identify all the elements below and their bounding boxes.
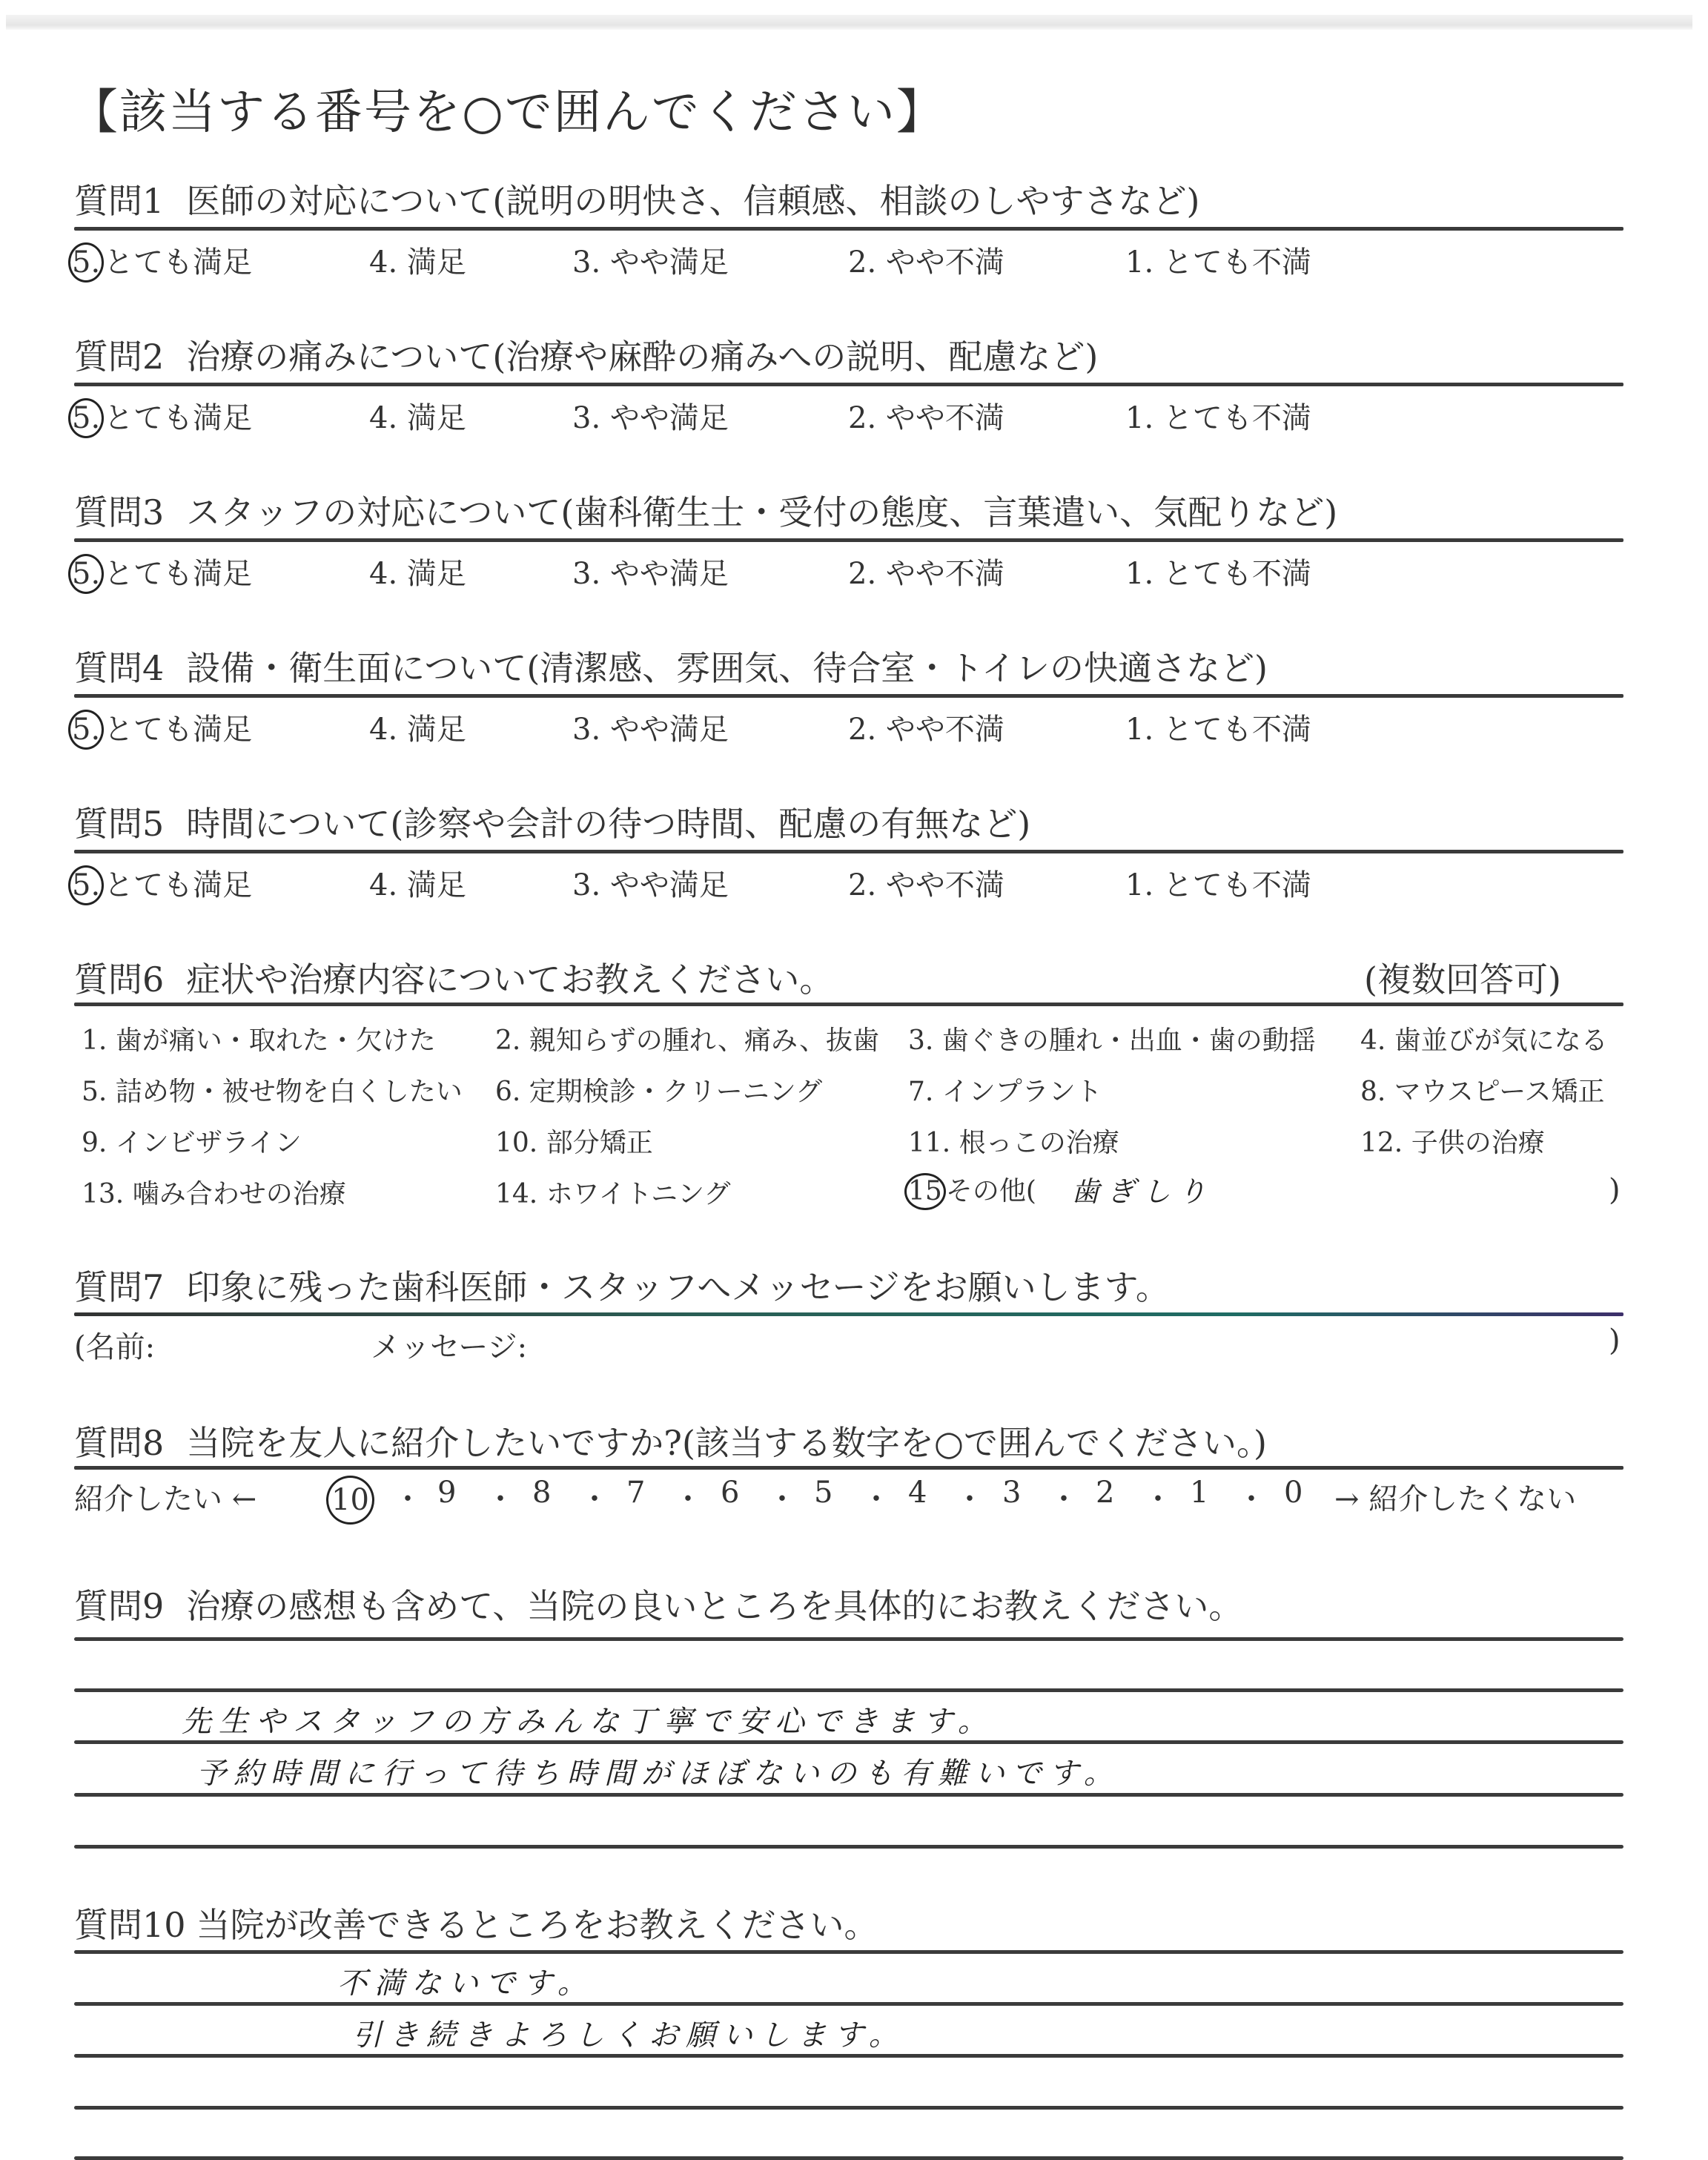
rating-option-3[interactable]: 3. やや満足 bbox=[572, 706, 729, 748]
rating-option-5[interactable]: 5.とても満足 bbox=[68, 550, 252, 594]
symptom-option-7[interactable]: 7. インプラント bbox=[908, 1071, 1102, 1109]
answer-line bbox=[74, 1950, 1623, 1954]
question-5: 質問5時間について(診察や会計の待つ時間、配慮の有無など) bbox=[74, 797, 1030, 846]
divider bbox=[74, 1466, 1623, 1470]
separator: ・ bbox=[767, 1476, 797, 1518]
rating-option-4[interactable]: 4. 満足 bbox=[369, 550, 466, 592]
rating-option-4[interactable]: 4. 満足 bbox=[369, 862, 466, 904]
rating-option-1[interactable]: 1. とても不満 bbox=[1125, 862, 1311, 904]
scale-right-label: → 紹介したくない bbox=[1334, 1476, 1576, 1518]
question-text: 印象に残った歯科医師・スタッフへメッセージをお願いします。 bbox=[186, 1267, 1170, 1307]
scale-option-4[interactable]: 4 bbox=[908, 1476, 927, 1510]
q9-answer-line-2[interactable]: 予約時間に行って待ち時間がほぼないのも有難いです。 bbox=[196, 1750, 1121, 1792]
question-text: 当院を友人に紹介したいですか?(該当する数字を○で囲んでください。) bbox=[186, 1423, 1267, 1463]
page-title: 【該当する番号を○で囲んでください】 bbox=[70, 74, 945, 142]
question-text: 症状や治療内容についてお教えください。 bbox=[186, 960, 833, 1000]
selected-circle: 15 bbox=[904, 1173, 946, 1210]
question-text: 医師の対応について(説明の明快さ、信頼感、相談のしやすさなど) bbox=[186, 181, 1199, 221]
rating-option-2[interactable]: 2. やや不満 bbox=[848, 394, 1004, 437]
scale-left-label: 紹介したい ← bbox=[74, 1476, 256, 1518]
rating-option-3[interactable]: 3. やや満足 bbox=[572, 394, 729, 437]
separator: ・ bbox=[1237, 1476, 1266, 1518]
divider bbox=[74, 850, 1623, 853]
rating-option-2[interactable]: 2. やや不満 bbox=[848, 862, 1004, 904]
scan-edge bbox=[6, 15, 1692, 30]
separator: ・ bbox=[673, 1476, 703, 1518]
question-number: 質問2 bbox=[74, 337, 164, 377]
question-4: 質問4設備・衛生面について(清潔感、雰囲気、待合室・トイレの快適さなど) bbox=[74, 641, 1268, 690]
rating-option-3[interactable]: 3. やや満足 bbox=[572, 862, 729, 904]
divider bbox=[74, 227, 1623, 231]
symptom-option-12[interactable]: 12. 子供の治療 bbox=[1360, 1122, 1545, 1160]
symptom-option-6[interactable]: 6. 定期検診・クリーニング bbox=[495, 1071, 822, 1109]
name-label: (名前: bbox=[74, 1324, 155, 1366]
separator: ・ bbox=[861, 1476, 891, 1518]
symptom-option-4[interactable]: 4. 歯並びが気になる bbox=[1360, 1020, 1608, 1057]
selected-circle: 5. bbox=[68, 865, 104, 905]
separator: ・ bbox=[1143, 1476, 1173, 1518]
question-2: 質問2治療の痛みについて(治療や麻酔の痛みへの説明、配慮など) bbox=[74, 330, 1098, 379]
question-number: 質問9 bbox=[74, 1586, 164, 1626]
divider bbox=[74, 694, 1623, 698]
question-number: 質問7 bbox=[74, 1267, 164, 1307]
question-number: 質問1 bbox=[74, 181, 164, 221]
rating-option-2[interactable]: 2. やや不満 bbox=[848, 706, 1004, 748]
scale-option-7[interactable]: 7 bbox=[626, 1476, 645, 1510]
answer-line bbox=[74, 1845, 1623, 1849]
scale-option-9[interactable]: 9 bbox=[437, 1476, 456, 1510]
selected-circle: 10 bbox=[326, 1476, 374, 1525]
question-9: 質問9治療の感想も含めて、当院の良いところを具体的にお教えください。 bbox=[74, 1579, 1242, 1628]
question-8: 質問8当院を友人に紹介したいですか?(該当する数字を○で囲んでください。) bbox=[74, 1416, 1267, 1465]
symptom-option-10[interactable]: 10. 部分矯正 bbox=[495, 1122, 653, 1160]
symptom-option-15-other[interactable]: 15その他( bbox=[904, 1170, 1036, 1210]
symptom-option-14[interactable]: 14. ホワイトニング bbox=[495, 1173, 730, 1211]
rating-option-3[interactable]: 3. やや満足 bbox=[572, 239, 729, 281]
message-close-paren: ) bbox=[1609, 1324, 1621, 1358]
question-1: 質問1医師の対応について(説明の明快さ、信頼感、相談のしやすさなど) bbox=[74, 174, 1199, 223]
separator: ・ bbox=[393, 1476, 423, 1518]
question-number: 質問8 bbox=[74, 1423, 164, 1463]
selected-circle: 5. bbox=[68, 242, 104, 283]
rating-option-2[interactable]: 2. やや不満 bbox=[848, 239, 1004, 281]
symptom-option-13[interactable]: 13. 噛み合わせの治療 bbox=[82, 1173, 346, 1211]
rating-option-4[interactable]: 4. 満足 bbox=[369, 394, 466, 437]
question-number: 質問3 bbox=[74, 492, 164, 532]
rating-option-5[interactable]: 5.とても満足 bbox=[68, 394, 252, 438]
separator: ・ bbox=[580, 1476, 609, 1518]
question-3: 質問3スタッフの対応について(歯科衛生士・受付の態度、言葉遣い、気配りなど) bbox=[74, 486, 1337, 535]
rating-option-1[interactable]: 1. とても不満 bbox=[1125, 550, 1311, 592]
separator: ・ bbox=[955, 1476, 984, 1518]
rating-option-5[interactable]: 5.とても満足 bbox=[68, 862, 252, 905]
question-6: 質問6症状や治療内容についてお教えください。 bbox=[74, 953, 833, 1002]
symptom-option-11[interactable]: 11. 根っこの治療 bbox=[908, 1122, 1119, 1160]
symptom-option-2[interactable]: 2. 親知らずの腫れ、痛み、抜歯 bbox=[495, 1020, 879, 1057]
divider bbox=[74, 538, 1623, 542]
question-text: 治療の痛みについて(治療や麻酔の痛みへの説明、配慮など) bbox=[186, 337, 1098, 377]
symptom-option-8[interactable]: 8. マウスピース矯正 bbox=[1360, 1071, 1604, 1109]
question-text: 当院が改善できるところをお教えください。 bbox=[196, 1905, 878, 1945]
rating-option-4[interactable]: 4. 満足 bbox=[369, 706, 466, 748]
q9-answer-line-1[interactable]: 先生やスタッフの方みんな丁寧で安心できます。 bbox=[182, 1698, 995, 1740]
question-number: 質問10 bbox=[74, 1905, 186, 1945]
question-text: 治療の感想も含めて、当院の良いところを具体的にお教えください。 bbox=[186, 1586, 1242, 1626]
rating-option-4[interactable]: 4. 満足 bbox=[369, 239, 466, 281]
answer-line bbox=[74, 1793, 1623, 1797]
separator: ・ bbox=[486, 1476, 515, 1518]
rating-option-2[interactable]: 2. やや不満 bbox=[848, 550, 1004, 592]
q10-answer-line-2[interactable]: 引き続きよろしくお願いします。 bbox=[352, 2012, 906, 2054]
message-label: メッセージ: bbox=[371, 1324, 527, 1366]
question-text: 設備・衛生面について(清潔感、雰囲気、待合室・トイレの快適さなど) bbox=[186, 648, 1268, 688]
scale-option-3[interactable]: 3 bbox=[1002, 1476, 1021, 1510]
question-number: 質問4 bbox=[74, 648, 164, 688]
divider bbox=[74, 1312, 1623, 1316]
q10-answer-line-1[interactable]: 不満ないです。 bbox=[337, 1960, 595, 2002]
question-10: 質問10当院が改善できるところをお教えください。 bbox=[74, 1898, 878, 1947]
other-close-paren: ) bbox=[1609, 1173, 1621, 1207]
question-number: 質問5 bbox=[74, 804, 164, 844]
separator: ・ bbox=[1049, 1476, 1079, 1518]
rating-option-3[interactable]: 3. やや満足 bbox=[572, 550, 729, 592]
question-text: 時間について(診察や会計の待つ時間、配慮の有無など) bbox=[186, 804, 1030, 844]
answer-line bbox=[74, 2106, 1623, 2110]
answer-line bbox=[74, 2002, 1623, 2006]
answer-line bbox=[74, 1688, 1623, 1692]
symptom-option-9[interactable]: 9. インビザライン bbox=[82, 1122, 302, 1160]
selected-circle: 5. bbox=[68, 554, 104, 594]
other-handwritten-answer[interactable]: 歯ぎしり bbox=[1071, 1169, 1214, 1209]
divider bbox=[74, 1003, 1623, 1006]
rating-option-1[interactable]: 1. とても不満 bbox=[1125, 239, 1311, 281]
name-field[interactable] bbox=[185, 1324, 334, 1359]
scale-option-2[interactable]: 2 bbox=[1096, 1476, 1114, 1510]
rating-option-1[interactable]: 1. とても不満 bbox=[1125, 706, 1311, 748]
multiple-answer-note: (複数回答可) bbox=[1364, 953, 1561, 1002]
rating-option-5[interactable]: 5.とても満足 bbox=[68, 239, 252, 283]
scale-option-1[interactable]: 1 bbox=[1190, 1476, 1208, 1510]
selected-circle: 5. bbox=[68, 398, 104, 438]
scale-option-6[interactable]: 6 bbox=[721, 1476, 739, 1510]
question-number: 質問6 bbox=[74, 960, 164, 1000]
divider bbox=[74, 383, 1623, 386]
symptom-option-1[interactable]: 1. 歯が痛い・取れた・欠けた bbox=[82, 1020, 436, 1057]
question-text: スタッフの対応について(歯科衛生士・受付の態度、言葉遣い、気配りなど) bbox=[186, 492, 1337, 532]
rating-option-5[interactable]: 5.とても満足 bbox=[68, 706, 252, 750]
selected-circle: 5. bbox=[68, 710, 104, 750]
question-7: 質問7印象に残った歯科医師・スタッフへメッセージをお願いします。 bbox=[74, 1261, 1170, 1309]
symptom-option-3[interactable]: 3. 歯ぐきの腫れ・出血・歯の動揺 bbox=[908, 1020, 1316, 1057]
scale-option-0[interactable]: 0 bbox=[1284, 1476, 1302, 1510]
answer-line bbox=[74, 2054, 1623, 2058]
scale-option-8[interactable]: 8 bbox=[532, 1476, 551, 1510]
rating-option-1[interactable]: 1. とても不満 bbox=[1125, 394, 1311, 437]
answer-line bbox=[74, 1740, 1623, 1744]
answer-line bbox=[74, 1637, 1623, 1641]
scale-option-5[interactable]: 5 bbox=[814, 1476, 833, 1510]
symptom-option-5[interactable]: 5. 詰め物・被せ物を白くしたい bbox=[82, 1071, 463, 1109]
message-field[interactable] bbox=[549, 1324, 1586, 1359]
answer-line bbox=[74, 2156, 1623, 2160]
